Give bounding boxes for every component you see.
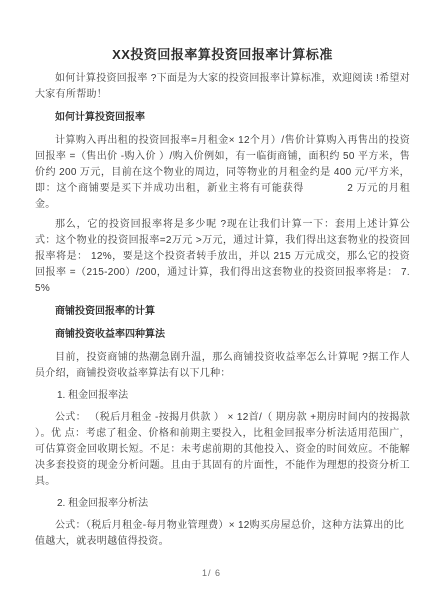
document-title: XX投资回报率算投资回报率计算标准 <box>35 44 410 63</box>
paragraph-method-1-detail: 公式： （税后月租金 -按揭月供款 ） × 12首/（ 期房款 +期房时间内的按… <box>35 410 410 490</box>
paragraph-buy-rent-formula: 计算购入再出租的投资回报率=月租金× 12个月）/售价计算购入再售出的投资回报率… <box>35 133 410 213</box>
document-page: XX投资回报率算投资回报率计算标准 如何计算投资回报率 ?下面是为大家的投资回报… <box>0 0 423 600</box>
heading-four-yield-methods: 商铺投资收益率四种算法 <box>35 327 410 343</box>
document-content: XX投资回报率算投资回报率计算标准 如何计算投资回报率 ?下面是为大家的投资回报… <box>0 0 423 550</box>
list-item-method-1: 1. 租金回报率法 <box>35 388 410 404</box>
paragraph-intro: 如何计算投资回报率 ?下面是为大家的投资回报率计算标准，欢迎阅读 !希望对大家有… <box>35 71 410 103</box>
list-item-method-2: 2. 租金回报率分析法 <box>35 496 410 512</box>
heading-how-to-calculate-roi: 如何计算投资回报率 <box>35 110 410 126</box>
paragraph-method-2-detail: 公式：（税后月租金-每月物业管理费）× 12购买房屋总价，这种方法算出的比值越大… <box>35 518 410 550</box>
page-number: 1/ 6 <box>0 568 423 578</box>
heading-shop-roi-calculation: 商铺投资回报率的计算 <box>35 304 410 320</box>
paragraph-roi-example: 那么，它的投资回报率将是多少呢 ?现在让我们计算一下：套用上述计算公式：这个物业… <box>35 217 410 297</box>
paragraph-shop-investment-intro: 目前，投资商铺的热潮急剧升温，那么商铺投资收益率怎么计算呢 ?据工作人员介绍，商… <box>35 350 410 382</box>
